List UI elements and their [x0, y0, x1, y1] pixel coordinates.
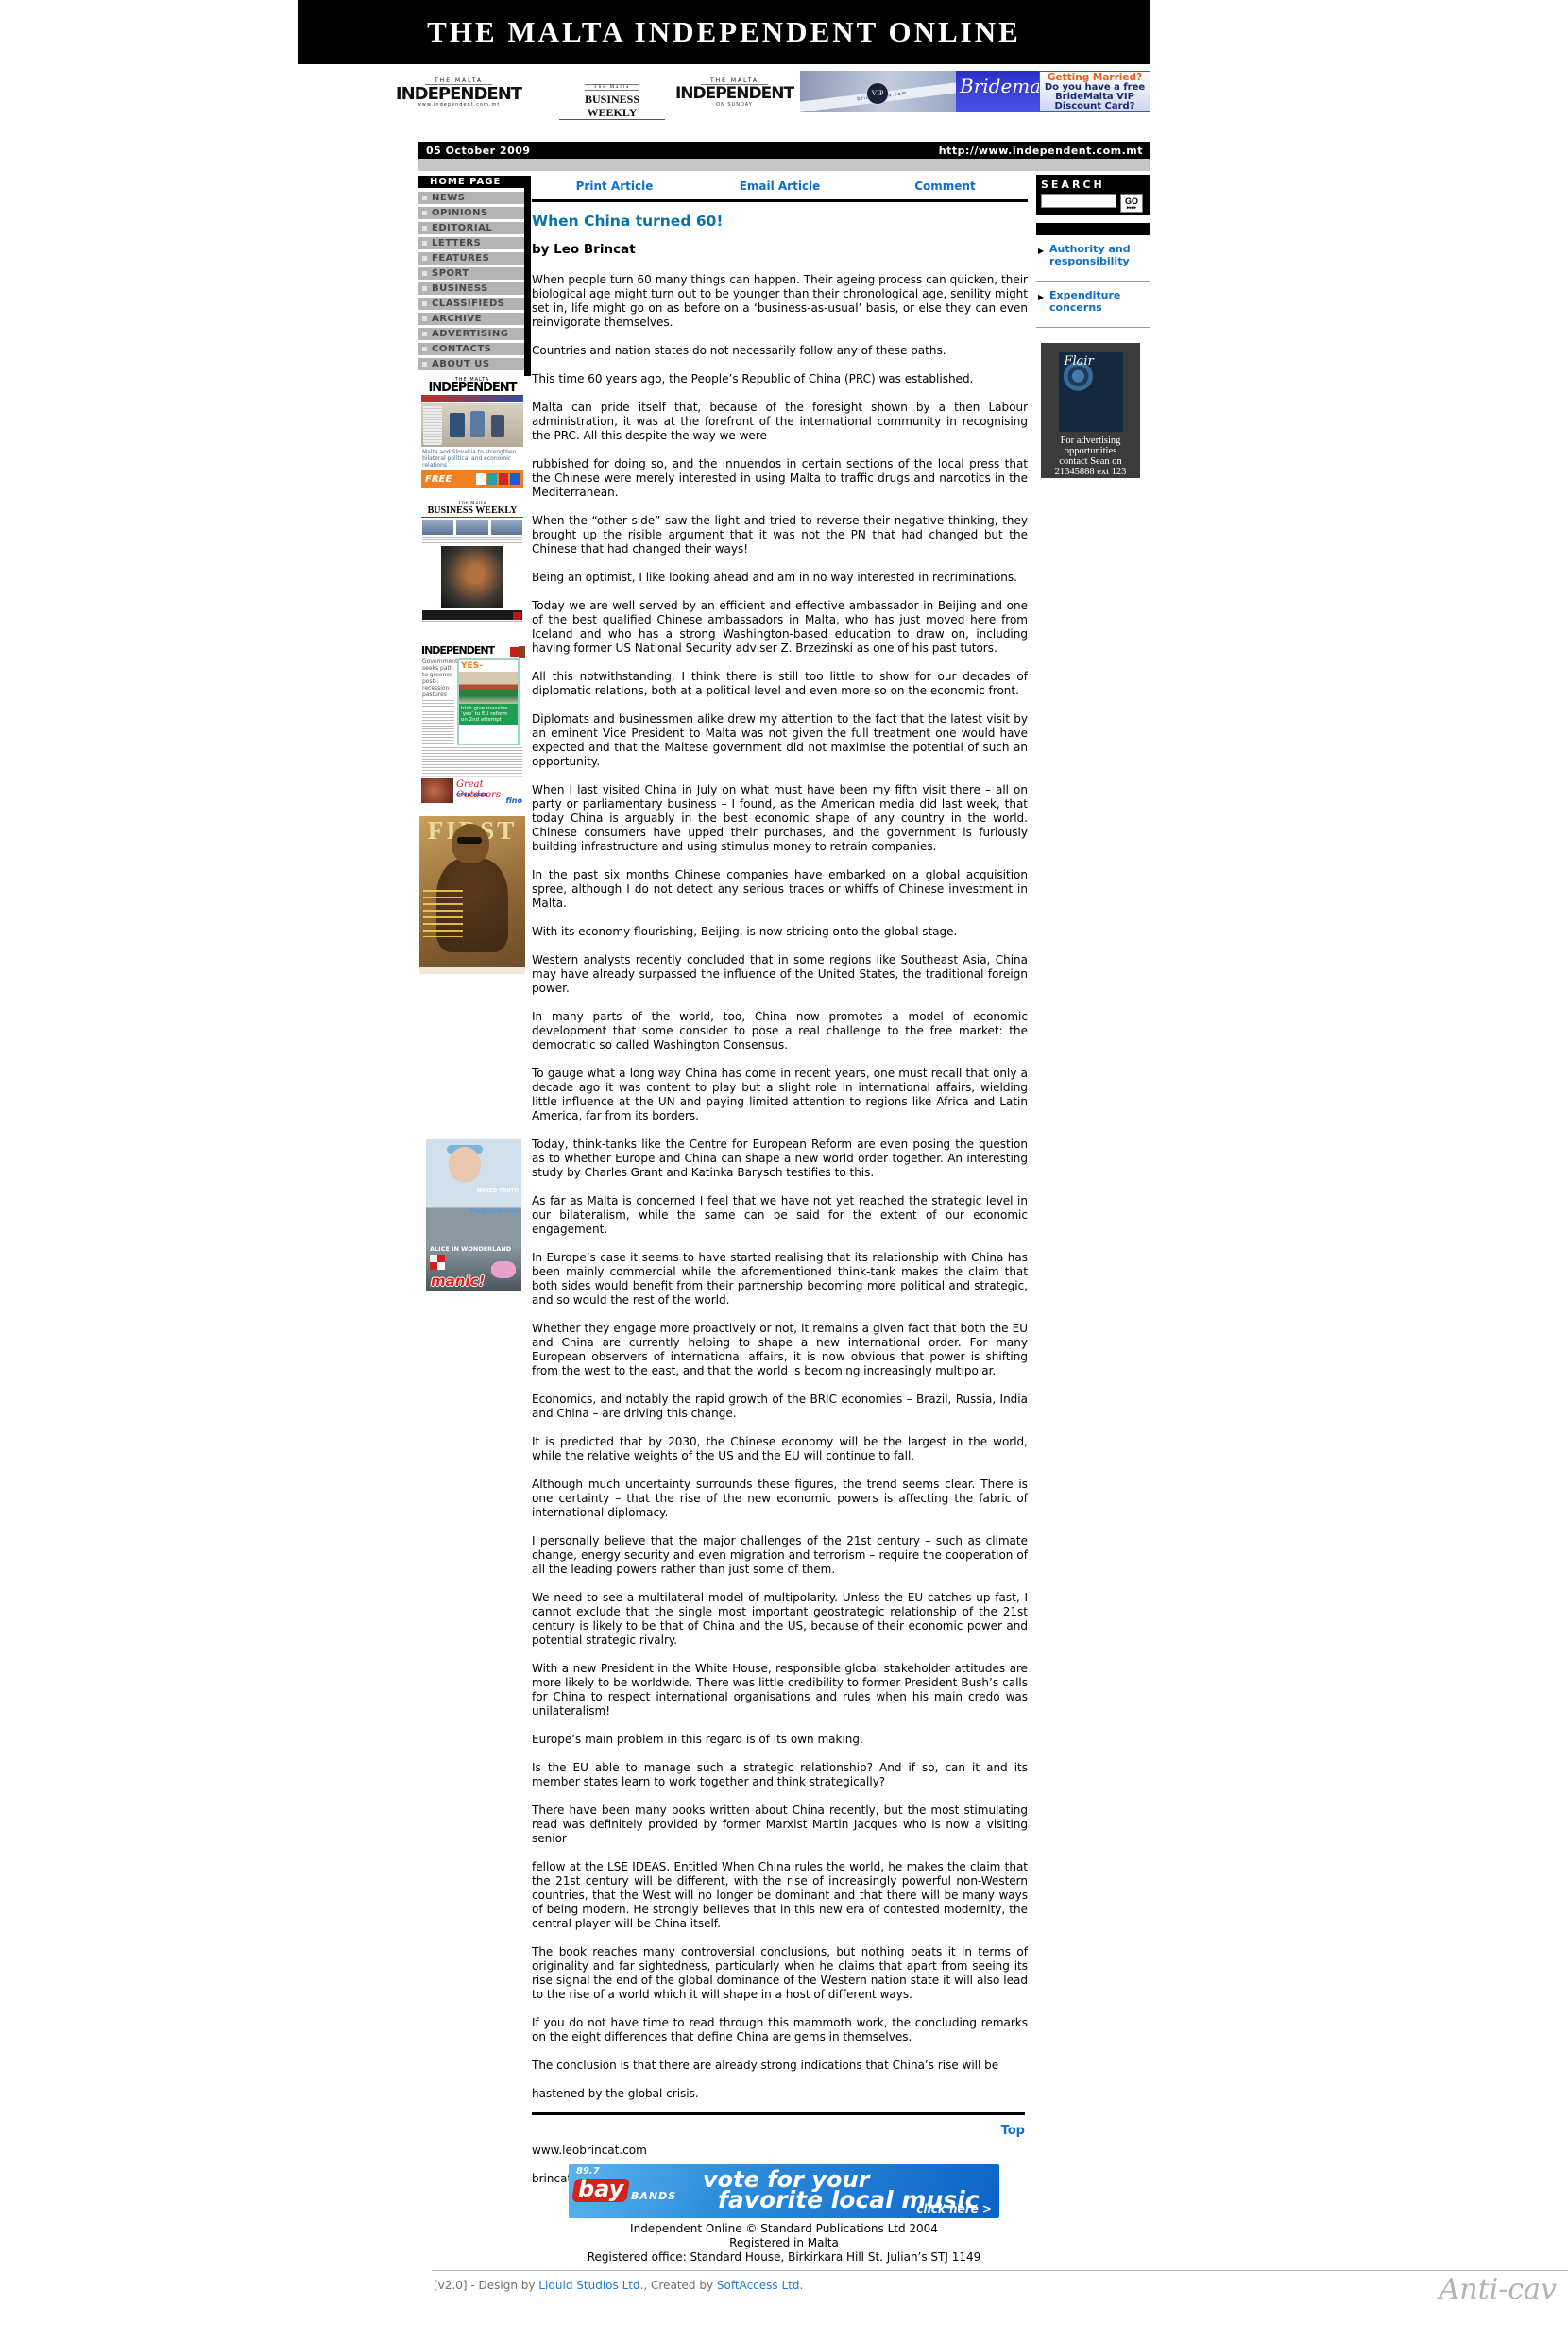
cover-caption: Project House	[470, 1207, 519, 1215]
article-paragraph: When I last visited China in July on wha…	[532, 783, 1028, 854]
thumb-masthead: BUSINESS WEEKLY	[421, 505, 523, 518]
bridemalta-ad-banner[interactable]: bridemalta.com VIP Bridemalta Getting Ma…	[800, 71, 1150, 112]
cover-thumb-business-weekly[interactable]: The Malta BUSINESS WEEKLY	[419, 501, 525, 638]
flag-square	[476, 473, 486, 485]
article-paragraph: Being an optimist, I like looking ahead …	[532, 571, 1028, 585]
flag-square	[510, 473, 520, 485]
bay-logo: bay	[578, 2176, 623, 2202]
article-title: When China turned 60!	[532, 213, 1028, 230]
article-paragraph: With its economy flourishing, Beijing, i…	[532, 925, 1028, 939]
date-text: 05 October 2009	[426, 145, 531, 157]
article-paragraph: Although much uncertainty surrounds thes…	[532, 1478, 1028, 1520]
advertising-line: contact Sean on	[1041, 456, 1140, 467]
click-here-link[interactable]: click here >	[916, 2202, 992, 2215]
article-paragraph: Diplomats and businessmen alike drew my …	[532, 712, 1028, 769]
ad-line: Discount Card?	[1040, 102, 1150, 111]
triangle-bullet-icon: ▶	[1038, 291, 1044, 303]
sidebar-item-letters[interactable]: LETTERS	[418, 237, 524, 249]
cover-thumb-first-magazine[interactable]: FIRST	[419, 816, 525, 974]
bridemalta-ad-photo: bridemalta.com VIP	[800, 71, 956, 112]
cover-headline-left: Government seeks path to greener post-re…	[422, 658, 454, 698]
flag-square	[487, 473, 497, 485]
cover-text-lines	[422, 537, 522, 544]
sunglasses	[457, 837, 482, 844]
cover-footer-band	[422, 610, 522, 620]
back-to-top-link[interactable]: Top	[532, 2124, 1025, 2138]
magazine-logo: manic!	[431, 1273, 485, 1290]
thumb-masthead: INDEPENDENT	[419, 383, 525, 394]
site-title: THE MALTA INDEPENDENT ONLINE	[427, 15, 1021, 49]
bridemalta-ad-brand-panel: Bridemalta	[956, 71, 1039, 112]
free-label: FREE	[425, 474, 452, 485]
sidebar-item-news[interactable]: NEWS	[418, 192, 524, 204]
logo-sub-line: www.independent.com.mt	[366, 102, 551, 108]
article-paragraph: Today, think-tanks like the Centre for E…	[532, 1137, 1028, 1180]
sidebar-item-business[interactable]: BUSINESS	[418, 282, 524, 295]
search-input[interactable]	[1041, 194, 1116, 208]
cover-free-banner: FREE	[421, 470, 523, 488]
advertising-line: 21345888 ext 123	[1041, 467, 1140, 477]
watermark: Anti-cav	[1440, 2273, 1557, 2306]
go-label: GO	[1125, 197, 1138, 206]
sidebar-menu: NEWS OPINIONS EDITORIAL LETTERS FEATURES…	[418, 192, 524, 373]
small-photo	[491, 520, 522, 535]
vip-badge: VIP	[866, 82, 889, 105]
advertising-line: opportunities	[1041, 446, 1140, 456]
search-go-button[interactable]: GO▸▸▸▸	[1120, 194, 1143, 213]
cover-yellow-text-lines	[423, 890, 463, 937]
sidebar-item-advertising[interactable]: ADVERTISING	[418, 328, 524, 340]
bottom-ad-subtext: OPEN WEEK	[456, 793, 487, 798]
sidebar-item-about-us[interactable]: ABOUT US	[418, 358, 524, 370]
sidebar-link-expenditure[interactable]: ▶ Expenditure concerns	[1036, 282, 1150, 328]
version-bar: [v2.0] - Design by Liquid Studios Ltd., …	[432, 2270, 1568, 2292]
advertising-box[interactable]: Flair For advertising opportunities cont…	[1041, 343, 1140, 478]
cover-columns: Government seeks path to greener post-re…	[422, 658, 522, 745]
crowd-photo	[459, 672, 518, 704]
author-website: www.leobrincat.com	[532, 2144, 1028, 2158]
article-byline: by Leo Brincat	[532, 242, 1028, 257]
flair-cover-image: Flair	[1059, 352, 1123, 432]
photo-figure	[450, 413, 465, 437]
article-toolbar: Print Article Email Article Comment	[532, 176, 1028, 193]
footer-legal: Independent Online © Standard Publicatio…	[477, 2222, 1091, 2265]
cover-caption: NAKED TRUTH	[477, 1188, 519, 1194]
cover-red-logo	[513, 612, 521, 620]
sidebar-item-classifieds[interactable]: CLASSIFIEDS	[418, 298, 524, 310]
search-label: SEARCH	[1041, 179, 1146, 191]
softaccess-link[interactable]: SoftAccess Ltd.	[717, 2279, 803, 2292]
article-paragraph: Malta can pride itself that, because of …	[532, 401, 1028, 443]
article-paragraph: Today we are well served by an efficient…	[532, 599, 1028, 656]
article-paragraph: There have been many books written about…	[532, 1804, 1028, 1846]
cover-text-lines	[422, 747, 522, 774]
article-top-rule	[532, 199, 1028, 202]
cover-photo	[421, 403, 523, 447]
cover-thumb-manic-magazine[interactable]: NAKED TRUTH Project House ALICE IN WONDE…	[426, 1139, 521, 1291]
logo-top-line: The Malta	[585, 84, 640, 91]
triangle-bullet-icon: ▶	[1038, 245, 1044, 257]
article-paragraph: Whether they engage more proactively or …	[532, 1322, 1028, 1378]
cover-bottom-strip	[419, 967, 525, 974]
cover-main-photo	[441, 546, 503, 608]
article-paragraph: The conclusion is that there are already…	[532, 2059, 1028, 2073]
sidebar-item-editorial[interactable]: EDITORIAL	[418, 222, 524, 234]
article-paragraph: This time 60 years ago, the People’s Rep…	[532, 372, 1028, 386]
article-paragraph: I personally believe that the major chal…	[532, 1534, 1028, 1577]
small-photo	[422, 520, 453, 535]
article-paragraph: fellow at the LSE IDEAS. Entitled When C…	[532, 1860, 1028, 1931]
logo-independent-on-sunday[interactable]: THE MALTA INDEPENDENT ON SUNDAY	[671, 68, 798, 108]
article-paragraph: The book reaches many controversial conc…	[532, 1945, 1028, 2002]
article-paragraph: Countries and nation states do not neces…	[532, 344, 1028, 358]
logo-main-line: INDEPENDENT	[671, 86, 798, 102]
article-paragraph: hastened by the global crisis.	[532, 2087, 1028, 2101]
site-url: http://www.independent.com.mt	[939, 145, 1143, 157]
footer-line: Registered in Malta	[477, 2236, 1091, 2250]
article-paragraph: In the past six months Chinese companies…	[532, 868, 1028, 911]
cover-photo-row	[422, 520, 522, 535]
cover-thumb-independent-sunday[interactable]: INDEPENDENT Government seeks path to gre…	[419, 645, 525, 810]
article-paragraph: When the “other side” saw the light and …	[532, 514, 1028, 556]
advertising-text: For advertising opportunities contact Se…	[1041, 436, 1140, 477]
article-paragraph: We need to see a multilateral model of m…	[532, 1591, 1028, 1648]
article-paragraph: In Europe’s case it seems to have starte…	[532, 1251, 1028, 1308]
sidebar-item-archive[interactable]: ARCHIVE	[418, 313, 524, 325]
sidebar-header-strip	[1036, 223, 1150, 235]
bottom-ad-photo	[421, 778, 453, 803]
article-paragraph: When people turn 60 many things can happ…	[532, 273, 1028, 330]
sidebar-item-opinions[interactable]: OPINIONS	[418, 207, 524, 219]
cover-left-column: Government seeks path to greener post-re…	[422, 658, 454, 745]
sidebar-link-label: Authority and responsibility	[1049, 243, 1131, 267]
sidebar-item-contacts[interactable]: CONTACTS	[418, 343, 524, 355]
comment-link[interactable]: Comment	[862, 180, 1028, 193]
logo-business-weekly[interactable]: The Malta BUSINESS WEEKLY	[559, 76, 665, 120]
sidebar-links: ▶ Authority and responsibility ▶ Expendi…	[1036, 235, 1150, 328]
flair-cover-title: Flair	[1065, 354, 1094, 368]
email-article-link[interactable]: Email Article	[697, 180, 862, 193]
article-paragraph: It is predicted that by 2030, the Chines…	[532, 1435, 1028, 1463]
model-head	[452, 824, 489, 863]
menu-right-border	[524, 176, 531, 376]
article-paragraph: With a new President in the White House,…	[532, 1662, 1028, 1718]
article-paragraph: Western analysts recently concluded that…	[532, 953, 1028, 996]
pink-prop	[491, 1261, 516, 1278]
photo-figure	[470, 411, 485, 437]
go-arrows-icon: ▸▸▸▸	[1121, 206, 1142, 211]
version-text: , Created by	[643, 2279, 716, 2292]
bay-bands-label: BANDS	[631, 2190, 676, 2202]
sidebar-link-authority[interactable]: ▶ Authority and responsibility	[1036, 235, 1150, 282]
cover-text-lines	[422, 621, 522, 626]
article-bottom-rule	[532, 2112, 1025, 2115]
small-photo	[456, 520, 487, 535]
article-paragraph: Economics, and notably the rapid growth …	[532, 1393, 1028, 1421]
article-paragraph: Europe’s main problem in this regard is …	[532, 1733, 1028, 1747]
photo-caption: Irish give massive ‘yes’ to EU reform on…	[459, 704, 518, 725]
cover-thumb-independent-daily[interactable]: THE MALTA INDEPENDENT Malta and Slovakia…	[419, 377, 525, 490]
footer-line: Independent Online © Standard Publicatio…	[477, 2222, 1091, 2236]
article-paragraph: As far as Malta is concerned I feel that…	[532, 1194, 1028, 1237]
article-paragraph: rubbished for doing so, and the innuendo…	[532, 457, 1028, 500]
logo-main-line: INDEPENDENT	[366, 86, 551, 102]
photo-figure	[491, 415, 504, 437]
date-bar: 05 October 2009 http://www.independent.c…	[418, 142, 1150, 159]
flag-square	[499, 473, 508, 485]
bay-radio-ad-banner[interactable]: 89.7 bay BANDS vote for your favorite lo…	[569, 2164, 999, 2218]
article-paragraph: If you do not have time to read through …	[532, 2016, 1028, 2044]
sidebar-item-sport[interactable]: SPORT	[418, 267, 524, 280]
article-paragraph: In many parts of the world, too, China n…	[532, 1010, 1028, 1052]
advertising-line: For advertising	[1041, 436, 1140, 446]
bridemalta-ad-text-panel: Getting Married? Do you have a free Brid…	[1039, 71, 1150, 112]
cover-center-photo: YES- Irish give massive ‘yes’ to EU refo…	[457, 658, 520, 745]
cover-headline: Malta and Slovakia to strengthen bilater…	[422, 449, 522, 469]
cover-header-strip	[421, 395, 523, 402]
article-paragraph: To gauge what a long way China has come …	[532, 1067, 1028, 1123]
photo-headline: YES-	[459, 660, 518, 672]
cover-text-lines	[422, 700, 454, 745]
cover-caption: ALICE IN WONDERLAND	[430, 1245, 511, 1253]
bottom-ad-logo: fino	[506, 796, 523, 805]
site-banner: THE MALTA INDEPENDENT ONLINE	[298, 0, 1150, 64]
separator-bar	[418, 159, 1150, 171]
model-head	[449, 1147, 481, 1183]
version-text: [v2.0] - Design by	[434, 2279, 538, 2292]
cover-bottom-ad: Great Outdoors OPEN WEEK fino	[421, 776, 523, 807]
logo-malta-independent[interactable]: THE MALTA INDEPENDENT www.independent.co…	[366, 68, 551, 108]
page: { "masthead": { "title": "THE MALTA INDE…	[0, 0, 1568, 2325]
sidebar-link-label: Expenditure concerns	[1049, 289, 1120, 314]
article-paragraph: Is the EU able to manage such a strategi…	[532, 1761, 1028, 1789]
checkered-flag	[430, 1255, 445, 1270]
print-article-link[interactable]: Print Article	[532, 180, 697, 193]
article-paragraph: All this notwithstanding, I think there …	[532, 670, 1028, 698]
thumb-masthead-row: INDEPENDENT	[419, 645, 525, 657]
masthead-photo-chip	[519, 646, 525, 658]
search-box: SEARCH GO▸▸▸▸	[1036, 175, 1150, 215]
liquid-studios-link[interactable]: Liquid Studios Ltd.	[538, 2279, 643, 2292]
sidebar-item-home-page[interactable]: HOME PAGE	[418, 176, 531, 188]
sidebar-item-features[interactable]: FEATURES	[418, 252, 524, 265]
logo-main-line: BUSINESS WEEKLY	[559, 93, 665, 120]
article: Print Article Email Article Comment When…	[532, 176, 1028, 2200]
photo-side-column	[423, 405, 442, 445]
footer-line: Registered office: Standard House, Birki…	[477, 2250, 1091, 2265]
bridemalta-script-logo: Bridemalta	[960, 75, 1039, 97]
